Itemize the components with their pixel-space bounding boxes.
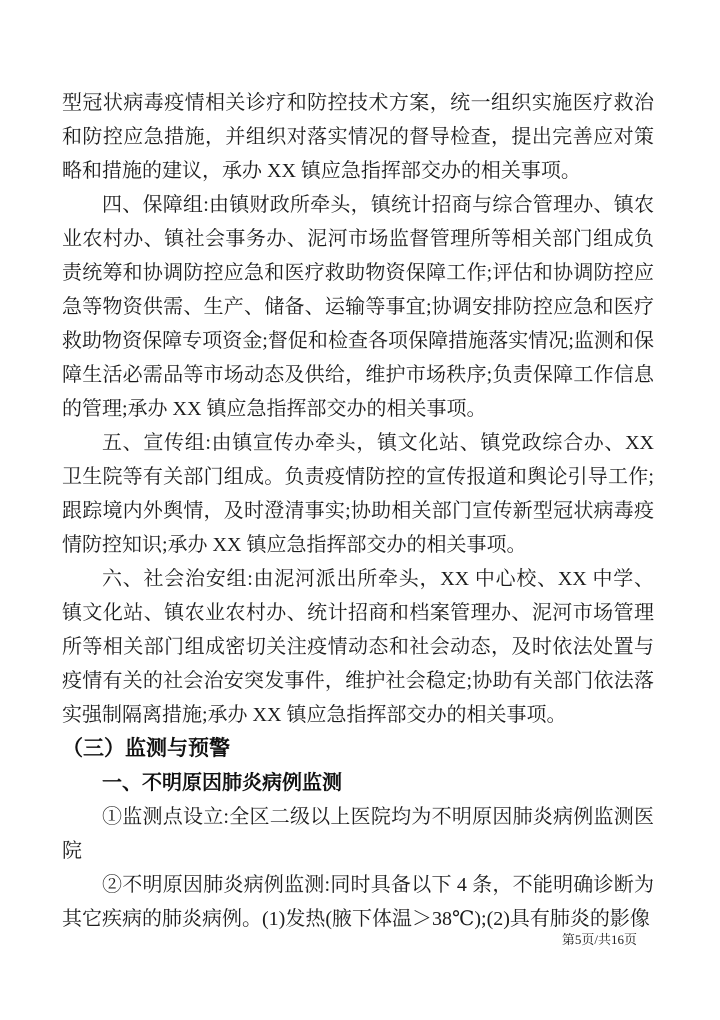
document-page: 型冠状病毒疫情相关诊疗和防控技术方案，统一组织实施医疗救治和防控应急措施，并组织… xyxy=(0,0,720,1020)
document-body: 型冠状病毒疫情相关诊疗和防控技术方案，统一组织实施医疗救治和防控应急措施，并组织… xyxy=(62,86,654,936)
paragraph-support-group: 四、保障组:由镇财政所牵头，镇统计招商与综合管理办、镇农业农村办、镇社会事务办、… xyxy=(62,188,654,426)
page-number-footer: 第5页/共16页 xyxy=(562,931,637,949)
paragraph-medical-group-continuation: 型冠状病毒疫情相关诊疗和防控技术方案，统一组织实施医疗救治和防控应急措施，并组织… xyxy=(62,86,654,188)
paragraph-public-security-group: 六、社会治安组:由泥河派出所牵头，XX 中心校、XX 中学、镇文化站、镇农业农村… xyxy=(62,562,654,732)
paragraph-publicity-group: 五、宣传组:由镇宣传办牵头，镇文化站、镇党政综合办、XX 卫生院等有关部门组成。… xyxy=(62,426,654,562)
section-heading-monitoring-warning: （三）监测与预警 xyxy=(62,732,654,766)
paragraph-monitoring-points: ①监测点设立:全区二级以上医院均为不明原因肺炎病例监测医院 xyxy=(62,800,654,868)
paragraph-monitoring-criteria: ②不明原因肺炎病例监测:同时具备以下 4 条，不能明确诊断为其它疾病的肺炎病例。… xyxy=(62,868,654,936)
subsection-heading-pneumonia-monitoring: 一、不明原因肺炎病例监测 xyxy=(62,766,654,800)
